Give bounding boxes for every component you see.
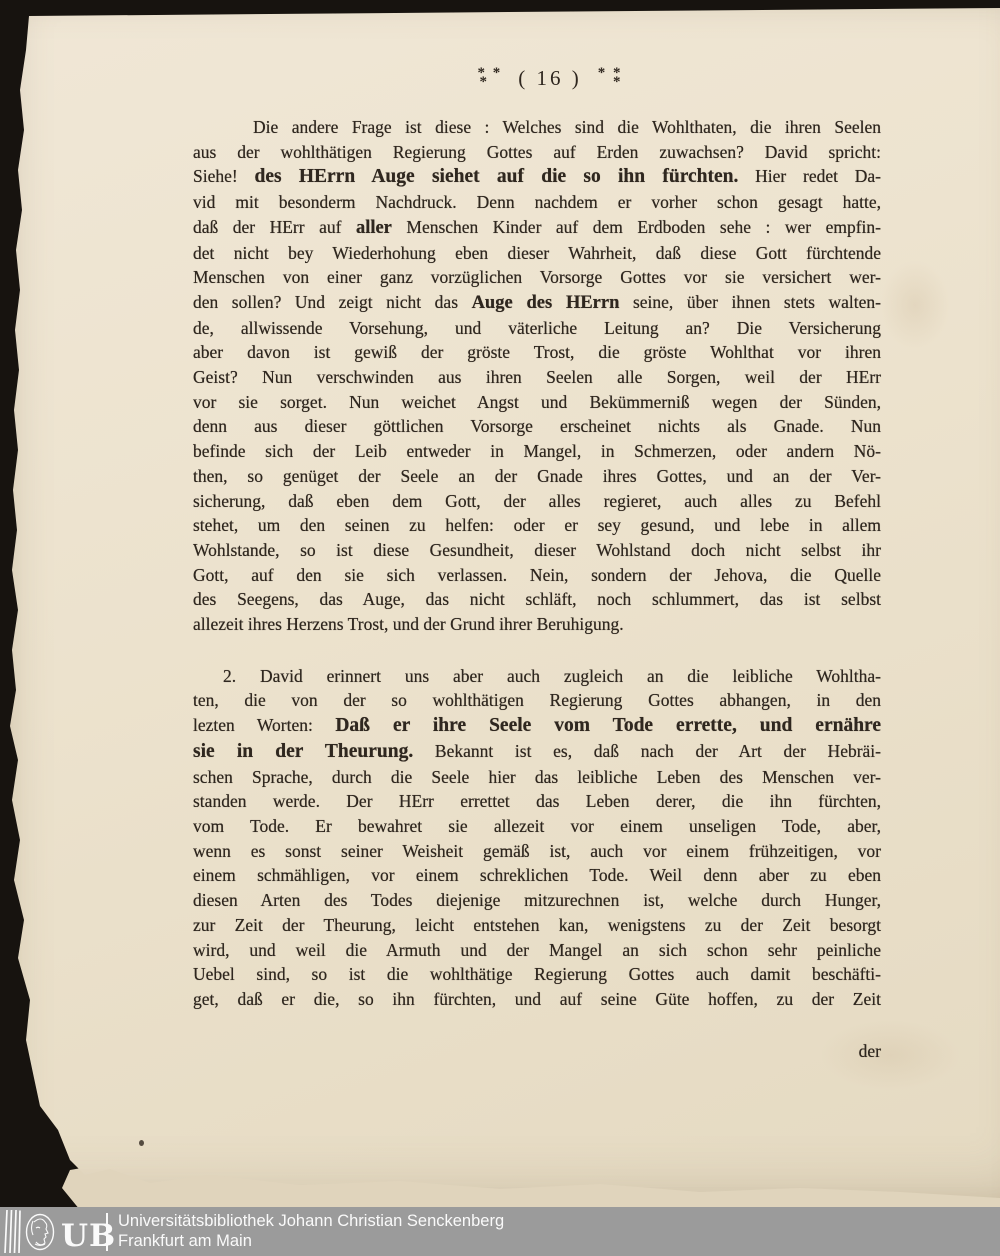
text-line: wird, und weil die Armuth und der Mangel…	[193, 938, 881, 963]
text-line: allezeit ihres Herzens Trost, und der Gr…	[193, 612, 881, 637]
catchword: der	[193, 1039, 881, 1064]
text-line: sicherung, daß eben dem Gott, der alles …	[193, 489, 881, 514]
library-city: Frankfurt am Main	[118, 1232, 504, 1252]
asterism-icon: * * *	[598, 69, 623, 87]
text-line: denn aus dieser göttlichen Vorsorge ersc…	[193, 414, 881, 439]
library-watermark-bar: UB Universitätsbibliothek Johann Christi…	[0, 1207, 1000, 1256]
text-line: zur Zeit der Theurung, leicht entstehen …	[193, 913, 881, 938]
text-line: vor sie sorget. Nun weichet Angst und Be…	[193, 390, 881, 415]
text-line: des Seegens, das Auge, das nicht schläft…	[193, 587, 881, 612]
logo-divider	[106, 1213, 108, 1251]
text-line: de, allwissende Vorsehung, und väterlich…	[193, 316, 881, 341]
text-line: diesen Arten des Todes diejenige mitzure…	[193, 888, 881, 913]
text-line: 2. David erinnert uns aber auch zugleich…	[193, 664, 881, 689]
text-line: ten, die von der so wohlthätigen Regieru…	[193, 688, 881, 713]
text-line: standen werde. Der HErr errettet das Leb…	[193, 789, 881, 814]
book-page-scan: * * * ( 16 ) * * * Die andere Frage ist …	[0, 0, 1000, 1207]
text-line: schen Sprache, durch die Seele hier das …	[193, 765, 881, 790]
library-name: Universitätsbibliothek Johann Christian …	[118, 1212, 504, 1232]
text-line: lezten Worten: Daß er ihre Seele vom Tod…	[193, 713, 881, 739]
text-line: stehet, um den seinen zu helfen: oder er…	[193, 513, 881, 538]
text-line: daß der HErr auf aller Menschen Kinder a…	[193, 215, 881, 241]
text-line: Gott, auf den sie sich verlassen. Nein, …	[193, 563, 881, 588]
paper-stain	[880, 260, 950, 350]
text-line: Uebel sind, so ist die wohlthätige Regie…	[193, 962, 881, 987]
book-spine-icon	[5, 1210, 20, 1253]
library-attribution: Universitätsbibliothek Johann Christian …	[118, 1212, 504, 1251]
text-line: den sollen? Und zeigt nicht das Auge des…	[193, 290, 881, 316]
text-line: get, daß er die, so ihn fürchten, und au…	[193, 987, 881, 1012]
text-line: aber davon ist gewiß der gröste Trost, d…	[193, 340, 881, 365]
asterism-icon: * * *	[478, 69, 503, 87]
scan-viewport: * * * ( 16 ) * * * Die andere Frage ist …	[0, 0, 1000, 1256]
text-block: Die andere Frage ist diese : Welches sin…	[193, 115, 881, 1063]
paragraph: Die andere Frage ist diese : Welches sin…	[193, 115, 881, 637]
goethe-portrait-icon	[27, 1215, 54, 1250]
text-line: wenn es sonst seiner Weisheit gemäß ist,…	[193, 839, 881, 864]
text-line: det nicht bey Wiederhohung eben dieser W…	[193, 241, 881, 266]
text-line: aus der wohlthätigen Regierung Gottes au…	[193, 140, 881, 165]
page-number: ( 16 )	[518, 66, 582, 91]
text-line: Menschen von einer ganz vorzüglichen Vor…	[193, 265, 881, 290]
text-line: Geist? Nun verschwinden aus ihren Seelen…	[193, 365, 881, 390]
text-line: einem schmähligen, vor einem schrekliche…	[193, 863, 881, 888]
page-header: * * * ( 16 ) * * *	[430, 60, 670, 96]
text-line: Wohlstande, so ist diese Gesundheit, die…	[193, 538, 881, 563]
text-line: vom Tode. Er bewahret sie allezeit vor e…	[193, 814, 881, 839]
ub-logo-graphic	[2, 1207, 60, 1256]
text-line: befinde sich der Leib entweder in Mangel…	[193, 439, 881, 464]
text-line: Siehe! des HErrn Auge siehet auf die so …	[193, 164, 881, 190]
paragraph: 2. David erinnert uns aber auch zugleich…	[193, 664, 881, 1012]
text-line: Die andere Frage ist diese : Welches sin…	[193, 115, 881, 140]
text-line: sie in der Theurung. Bekannt ist es, daß…	[193, 739, 881, 765]
text-line: vid mit besonderm Nachdruck. Denn nachde…	[193, 190, 881, 215]
ink-speck	[139, 1140, 144, 1146]
text-line: then, so genüget der Seele an der Gnade …	[193, 464, 881, 489]
